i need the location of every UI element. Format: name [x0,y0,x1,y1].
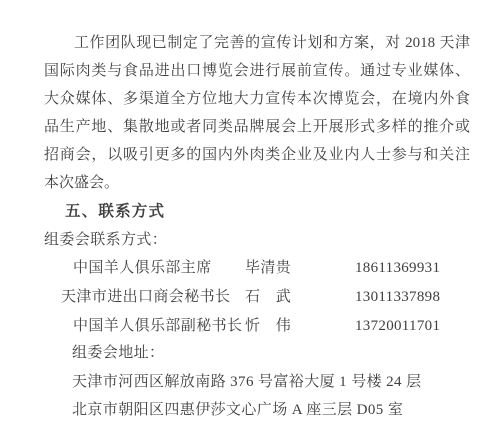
contact-list: 中国羊人俱乐部主席 毕清贵 18611369931 天津市进出口商会秘书长 石 … [73,254,440,341]
paragraph-line: 招商会，以吸引更多的国内外肉类企业及业内人士参与和关注 [44,141,470,169]
contact-row: 中国羊人俱乐部主席 毕清贵 18611369931 [73,254,440,283]
contact-title: 天津市进出口商会秘书长 [61,283,245,312]
address-line-tianjin: 天津市河西区解放南路 376 号富裕大厦 1 号楼 24 层 [72,368,422,396]
intro-paragraph: 工作团队现已制定了完善的宣传计划和方案，对 2018 天津 国际肉类与食品进出口… [44,29,470,197]
section-heading-contact: 五、联系方式 [65,198,165,226]
contact-phone: 13720011701 [355,312,440,341]
address-list: 天津市河西区解放南路 376 号富裕大厦 1 号楼 24 层 北京市朝阳区四惠伊… [72,368,422,424]
contact-phone: 13011337898 [355,283,440,312]
contact-name: 石 武 [245,283,355,312]
contact-title: 中国羊人俱乐部主席 [73,254,245,283]
document-page: 工作团队现已制定了完善的宣传计划和方案，对 2018 天津 国际肉类与食品进出口… [0,0,492,448]
paragraph-line: 国际肉类与食品进出口博览会进行展前宣传。通过专业媒体、 [44,57,470,85]
paragraph-line: 品生产地、集散地或者同类品牌展会上开展形式多样的推介或 [44,113,470,141]
address-line-beijing: 北京市朝阳区四惠伊莎文心广场 A 座三层 D05 室 [72,396,422,424]
committee-address-label: 组委会地址： [72,339,164,367]
paragraph-line: 大众媒体、多渠道全方位地大力宣传本次博览会，在境内外食 [44,85,470,113]
committee-contact-label: 组委会联系方式： [44,226,167,254]
contact-title: 中国羊人俱乐部副秘书长 [73,312,245,341]
paragraph-line: 工作团队现已制定了完善的宣传计划和方案，对 2018 天津 [44,29,470,57]
contact-name: 毕清贵 [245,254,355,283]
paragraph-line: 本次盛会。 [44,169,470,197]
contact-name: 忻 伟 [245,312,355,341]
contact-row: 天津市进出口商会秘书长 石 武 13011337898 [73,283,440,312]
contact-row: 中国羊人俱乐部副秘书长 忻 伟 13720011701 [73,312,440,341]
contact-phone: 18611369931 [355,254,440,283]
